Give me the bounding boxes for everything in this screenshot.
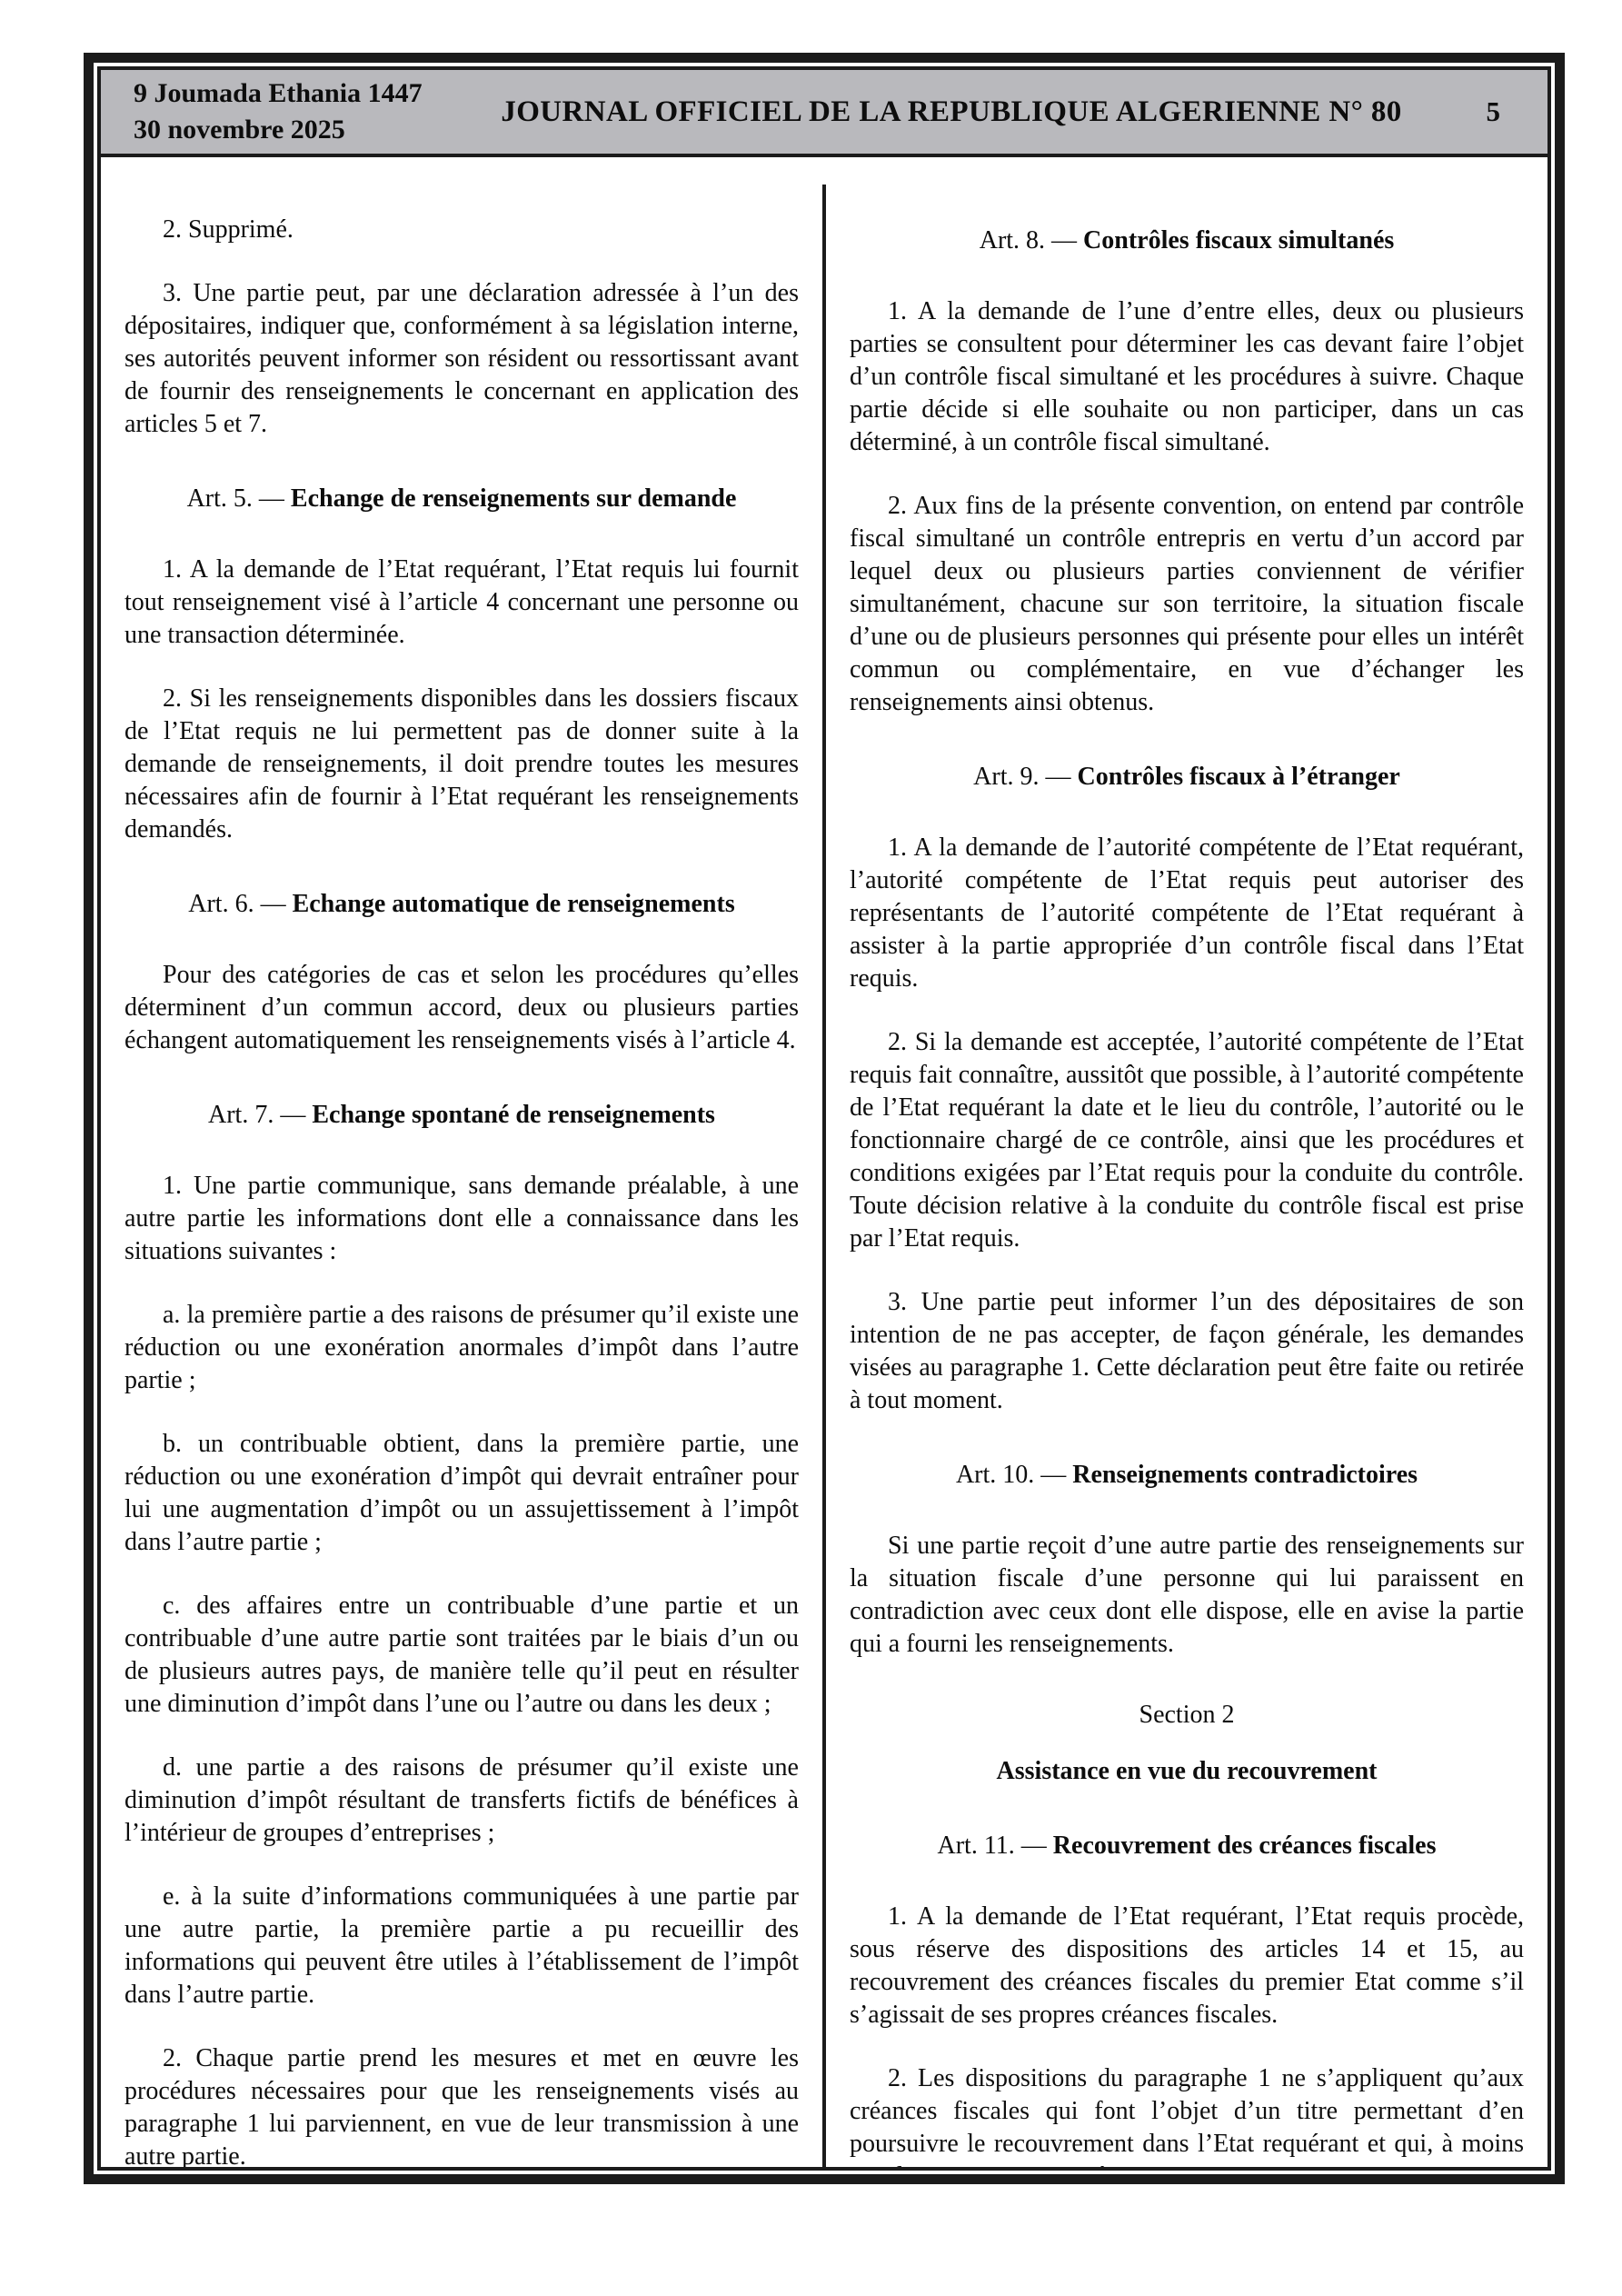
article-number: Art. 10. —: [956, 1461, 1072, 1489]
date-hijri: 9 Joumada Ethania 1447: [134, 75, 483, 112]
paragraph: 2. Supprimé.: [124, 183, 799, 246]
article-heading: Art. 5. — Echange de renseignements sur …: [124, 441, 799, 523]
page-frame-inner: 9 Joumada Ethania 1447 30 novembre 2025 …: [97, 66, 1551, 2171]
paragraph: 2. Aux fins de la présente convention, o…: [850, 459, 1524, 719]
article-number: Art. 7. —: [208, 1101, 312, 1129]
paragraph: d. une partie a des raisons de présumer …: [124, 1721, 799, 1850]
article-title: Contrôles fiscaux à l’étranger: [1077, 763, 1399, 791]
left-column: 2. Supprimé.3. Une partie peut, par une …: [101, 157, 822, 2171]
article-heading: Art. 11. — Recouvrement des créances fis…: [850, 1788, 1524, 1870]
article-number: Art. 9. —: [973, 763, 1077, 791]
paragraph: 3. Une partie peut informer l’un des dép…: [850, 1255, 1524, 1417]
article-number: Art. 11. —: [938, 1832, 1053, 1860]
paragraph: a. la première partie a des raisons de p…: [124, 1268, 799, 1397]
article-title: Echange spontané de renseignements: [312, 1101, 715, 1129]
article-heading: Art. 10. — Renseignements contradictoire…: [850, 1417, 1524, 1499]
article-title: Recouvrement des créances fiscales: [1053, 1832, 1437, 1860]
paragraph: b. un contribuable obtient, dans la prem…: [124, 1397, 799, 1559]
paragraph: 1. A la demande de l’autorité compétente…: [850, 801, 1524, 995]
header-dates: 9 Joumada Ethania 1447 30 novembre 2025: [101, 75, 483, 148]
journal-header-band: 9 Joumada Ethania 1447 30 novembre 2025 …: [101, 70, 1547, 157]
paragraph: 2. Les dispositions du paragraphe 1 ne s…: [850, 2031, 1524, 2171]
paragraph: 1. A la demande de l’Etat requérant, l’E…: [124, 523, 799, 652]
paragraph: 2. Si la demande est acceptée, l’autorit…: [850, 995, 1524, 1255]
right-column: Art. 8. — Contrôles fiscaux simultanés1.…: [826, 157, 1547, 2171]
journal-title: JOURNAL OFFICIEL DE LA REPUBLIQUE ALGERI…: [483, 95, 1420, 129]
article-number: Art. 8. —: [980, 226, 1083, 255]
paragraph: 1. A la demande de l’une d’entre elles, …: [850, 265, 1524, 459]
section-number: Section 2: [850, 1661, 1524, 1732]
article-number: Art. 6. —: [188, 890, 292, 918]
article-heading: Art. 6. — Echange automatique de renseig…: [124, 846, 799, 928]
paragraph: 2. Si les renseignements disponibles dan…: [124, 652, 799, 846]
article-title: Echange automatique de renseignements: [293, 890, 735, 918]
page-frame: 9 Joumada Ethania 1447 30 novembre 2025 …: [84, 53, 1565, 2184]
paragraph: 3. Une partie peut, par une déclaration …: [124, 246, 799, 441]
article-heading: Art. 7. — Echange spontané de renseignem…: [124, 1057, 799, 1139]
paragraph: 1. A la demande de l’Etat requérant, l’E…: [850, 1870, 1524, 2031]
article-number: Art. 5. —: [187, 484, 291, 513]
paragraph: Pour des catégories de cas et selon les …: [124, 928, 799, 1057]
page-content: 2. Supprimé.3. Une partie peut, par une …: [101, 157, 1547, 2171]
page-number: 5: [1420, 95, 1547, 128]
article-title: Echange de renseignements sur demande: [291, 484, 737, 513]
paragraph: c. des affaires entre un contribuable d’…: [124, 1559, 799, 1721]
date-gregorian: 30 novembre 2025: [134, 112, 483, 148]
paragraph: 2. Chaque partie prend les mesures et me…: [124, 2011, 799, 2171]
paragraph: e. à la suite d’informations communiquée…: [124, 1850, 799, 2011]
section-title: Assistance en vue du recouvrement: [850, 1732, 1524, 1788]
paragraph: Si une partie reçoit d’une autre partie …: [850, 1499, 1524, 1661]
article-title: Renseignements contradictoires: [1072, 1461, 1418, 1489]
article-heading: Art. 8. — Contrôles fiscaux simultanés: [850, 183, 1524, 265]
article-title: Contrôles fiscaux simultanés: [1083, 226, 1394, 255]
paragraph: 1. Une partie communique, sans demande p…: [124, 1139, 799, 1268]
article-heading: Art. 9. — Contrôles fiscaux à l’étranger: [850, 719, 1524, 801]
